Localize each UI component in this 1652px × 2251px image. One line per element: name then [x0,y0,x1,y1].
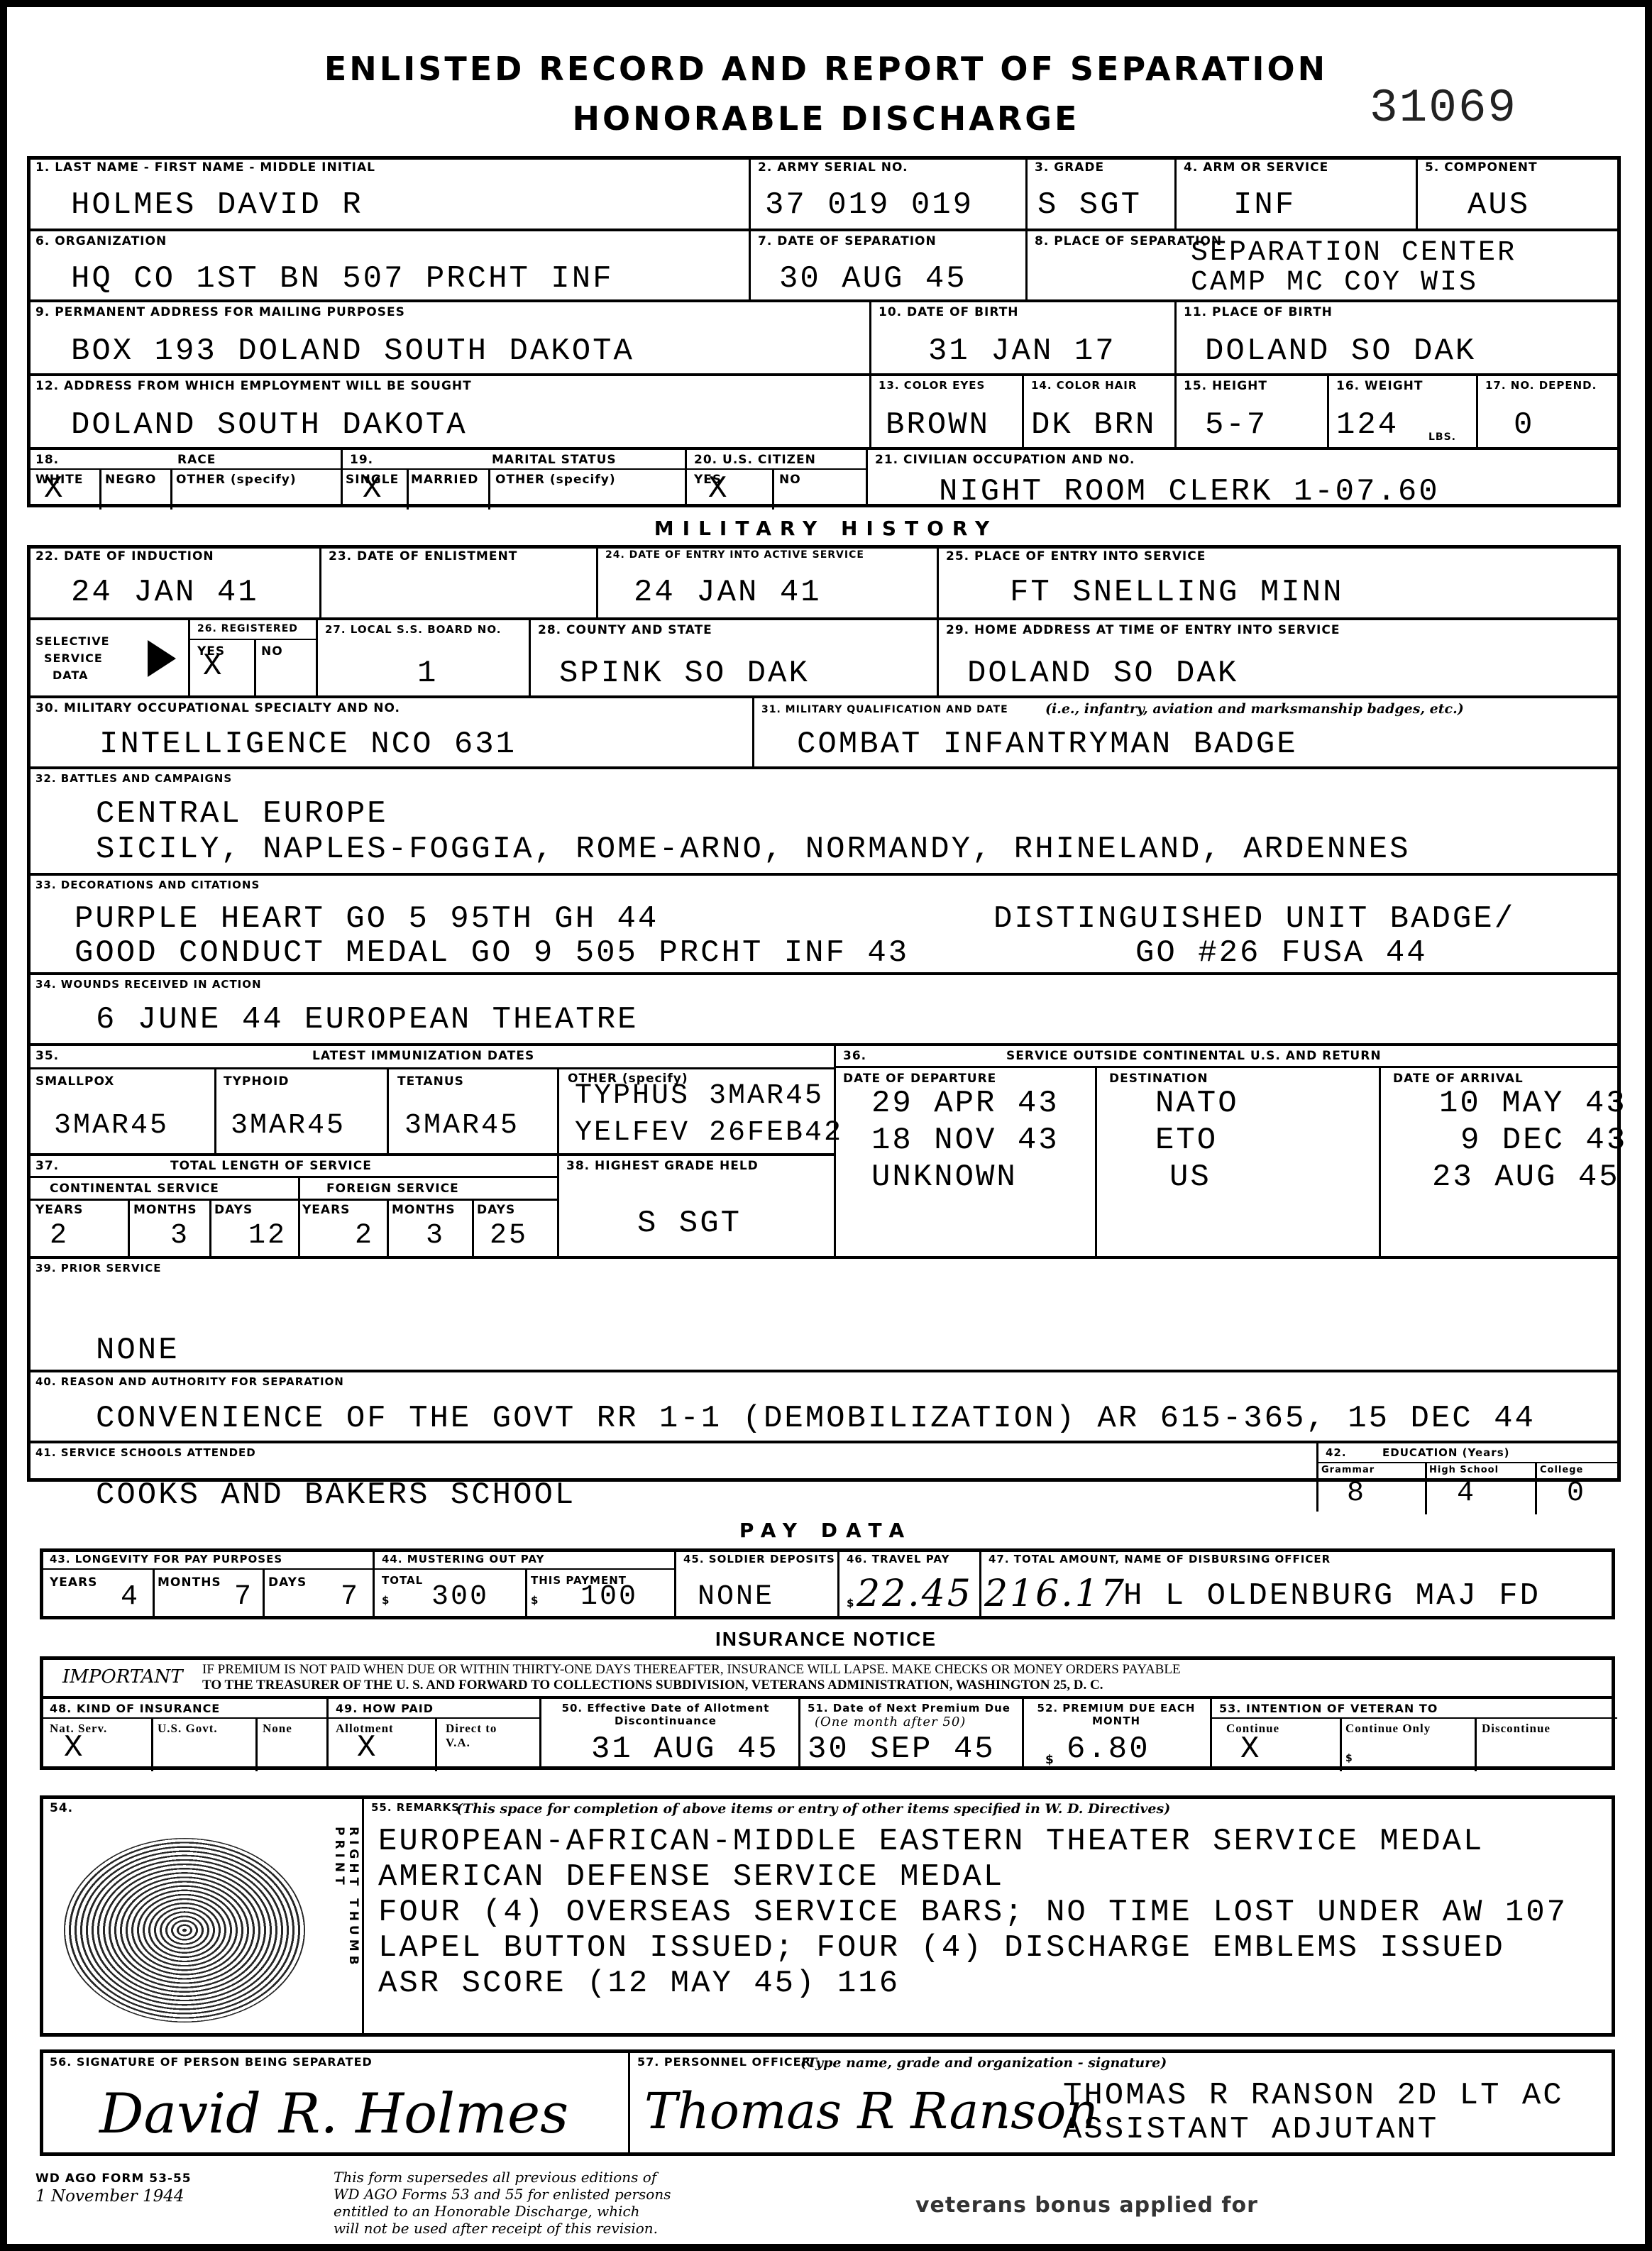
marital-other-option[interactable]: OTHER (specify) [495,473,616,487]
field-27-board-no: 27. LOCAL S.S. BOARD NO. 1 [316,617,529,695]
field-50-allotment-discontinuance: 50. Effective Date of Allotment Disconti… [539,1696,798,1768]
field-2-serial: 2. ARMY SERIAL NO. 37 019 019 [749,158,1025,229]
continental-days: 12 [248,1220,287,1252]
field-14-hair-color: 14. COLOR HAIR DK BRN [1022,373,1174,447]
selective-service-data: SELECTIVE SERVICE DATA [28,617,188,695]
field-22-induction: 22. DATE OF INDUCTION 24 JAN 41 [28,546,319,617]
insurance-none-option[interactable]: None [263,1722,292,1736]
departure-date-3: UNKNOWN [871,1160,1018,1195]
field-21-civilian-occupation: 21. CIVILIAN OCCUPATION AND NO. NIGHT RO… [866,447,1618,507]
education-grammar: 8 [1347,1477,1366,1509]
marital-married-option[interactable]: MARRIED [411,473,478,487]
education-highschool: 4 [1457,1477,1476,1509]
field-15-height: 15. HEIGHT 5-7 [1174,373,1327,447]
field-9-permanent-address: 9. PERMANENT ADDRESS FOR MAILING PURPOSE… [28,299,869,373]
field-36-service-outside: 36. SERVICE OUTSIDE CONTINENTAL U.S. AND… [834,1043,1618,1256]
field-57-personnel-officer: 57. PERSONNEL OFFICER (Type name, grade … [628,2052,1615,2153]
intention-continue-check: X [1240,1732,1259,1767]
arrow-right-icon [148,640,176,677]
mustering-this-payment: 100 [580,1581,638,1613]
field-16-weight: 16. WEIGHT 124 LBS. [1327,373,1476,447]
field-33-decorations: 33. DECORATIONS AND CITATIONS PURPLE HEA… [28,873,1618,972]
race-other-option[interactable]: OTHER (specify) [176,473,297,487]
arrival-date-1: 10 MAY 43 [1439,1086,1627,1121]
pay-data-heading: PAY DATA [7,1519,1645,1542]
field-49-how-paid: 49. HOW PAID Allotment X Direct to V.A. [326,1696,539,1768]
destination-1: NATO [1155,1086,1239,1121]
field-25-place-of-entry: 25. PLACE OF ENTRY INTO SERVICE FT SNELL… [937,546,1618,617]
supersedes-note: This form supersedes all previous editio… [334,2169,671,2237]
personnel-officer-signature: Thomas R Ranson [644,2082,1098,2140]
stamped-number: 31069 [1370,82,1517,135]
field-4-arm: 4. ARM OR SERVICE INF [1174,158,1416,229]
citizen-yes-check: X [708,471,727,507]
field-34-wounds: 34. WOUNDS RECEIVED IN ACTION 6 JUNE 44 … [28,972,1618,1043]
field-51-next-premium-due: 51. Date of Next Premium Due (One month … [798,1696,1022,1768]
race-white-check: X [44,471,62,507]
departure-date-1: 29 APR 43 [871,1086,1059,1121]
departure-date-2: 18 NOV 43 [871,1123,1059,1158]
field-35-immunizations: 35. LATEST IMMUNIZATION DATES SMALLPOX 3… [28,1043,834,1153]
thumb-print-label: RIGHT THUMB PRINT [332,1827,360,2034]
field-11-place-of-birth: 11. PLACE OF BIRTH DOLAND SO DAK [1174,299,1618,373]
field-30-mos: 30. MILITARY OCCUPATIONAL SPECIALTY AND … [28,695,752,766]
continental-years: 2 [50,1220,69,1252]
continental-months: 3 [170,1220,189,1252]
fingerprint-image [64,1838,305,2022]
field-24-active-service: 24. DATE OF ENTRY INTO ACTIVE SERVICE 24… [596,546,937,617]
field-44-mustering-out-pay: 44. MUSTERING OUT PAY TOTAL $ 300 THIS P… [373,1550,674,1618]
longevity-years: 4 [121,1581,140,1613]
field-45-soldier-deposits: 45. SOLDIER DEPOSITS NONE [674,1550,837,1618]
field-5-component: 5. COMPONENT AUS [1416,158,1618,229]
education-college: 0 [1567,1477,1586,1509]
field-19-marital-status: 19. MARITAL STATUS SINGLE X MARRIED OTHE… [341,447,685,507]
arrival-date-2: 9 DEC 43 [1460,1123,1627,1158]
field-46-travel-pay: 46. TRAVEL PAY $ 22.45 [837,1550,979,1618]
field-10-date-of-birth: 10. DATE OF BIRTH 31 JAN 17 [869,299,1174,373]
field-8-place-of-separation: 8. PLACE OF SEPARATION SEPARATION CENTER… [1025,229,1618,299]
field-6-organization: 6. ORGANIZATION HQ CO 1ST BN 507 PRCHT I… [28,229,749,299]
field-28-county-state: 28. COUNTY AND STATE SPINK SO DAK [529,617,937,695]
field-41-service-schools: 41. SERVICE SCHOOLS ATTENDED COOKS AND B… [28,1441,1316,1512]
insurance-natserv-check: X [64,1730,82,1766]
field-26-registered: 26. REGISTERED YES X NO [188,617,316,695]
important-notice: IMPORTANT IF PREMIUM IS NOT PAID WHEN DU… [43,1661,1611,1696]
form-id: WD AGO FORM 53-55 [35,2172,192,2186]
foreign-months: 3 [426,1220,445,1252]
discharge-form: ENLISTED RECORD AND REPORT OF SEPARATION… [0,0,1652,2251]
intention-discontinue-option[interactable]: Discontinue [1482,1722,1551,1736]
field-55-remarks: 55. REMARKS (This space for completion o… [362,1798,1615,2034]
field-23-enlistment: 23. DATE OF ENLISTMENT [319,546,596,617]
field-38-highest-grade: 38. HIGHEST GRADE HELD S SGT [557,1153,834,1256]
field-18-race: 18. RACE WHITE X NEGRO OTHER (specify) [28,447,341,507]
mustering-total: 300 [431,1581,489,1613]
form-date: 1 November 1944 [35,2187,185,2206]
field-20-citizen: 20. U.S. CITIZEN YES X NO [685,447,866,507]
destination-3: US [1169,1160,1211,1195]
arrival-date-3: 23 AUG 45 [1432,1160,1620,1195]
insurance-heading: INSURANCE NOTICE [7,1628,1645,1651]
intention-continue-only-option[interactable]: Continue Only [1345,1722,1431,1736]
field-56-signature: 56. SIGNATURE OF PERSON BEING SEPARATED … [43,2052,628,2153]
destination-2: ETO [1155,1123,1218,1158]
field-1-name: 1. LAST NAME - FIRST NAME - MIDDLE INITI… [28,158,749,229]
separated-person-signature: David R. Holmes [99,2082,568,2146]
field-37-length-of-service: 37. TOTAL LENGTH OF SERVICE CONTINENTAL … [28,1153,557,1256]
field-40-reason-for-separation: 40. REASON AND AUTHORITY FOR SEPARATION … [28,1370,1618,1441]
military-history-heading: MILITARY HISTORY [7,517,1645,540]
foreign-years: 2 [355,1220,374,1252]
marital-single-check: X [363,471,381,507]
field-3-grade: 3. GRADE S SGT [1025,158,1174,229]
paid-direct-option[interactable]: Direct to V.A. [446,1722,517,1750]
field-13-eye-color: 13. COLOR EYES BROWN [869,373,1022,447]
field-31-qualification: 31. MILITARY QUALIFICATION AND DATE (i.e… [752,695,1618,766]
field-47-total-amount: 47. TOTAL AMOUNT, NAME OF DISBURSING OFF… [979,1550,1615,1618]
field-39-prior-service: 39. PRIOR SERVICE NONE [28,1256,1618,1370]
field-7-separation-date: 7. DATE OF SEPARATION 30 AUG 45 [749,229,1025,299]
insurance-usgovt-option[interactable]: U.S. Govt. [158,1722,218,1736]
field-43-longevity: 43. LONGEVITY FOR PAY PURPOSES YEARS 4 M… [43,1550,373,1618]
field-17-dependents: 17. NO. DEPEND. 0 [1476,373,1618,447]
field-52-premium-due: 52. PREMIUM DUE EACH MONTH $ 6.80 [1022,1696,1210,1768]
field-29-home-address: 29. HOME ADDRESS AT TIME OF ENTRY INTO S… [937,617,1618,695]
longevity-days: 7 [341,1581,360,1613]
foreign-days: 25 [490,1220,528,1252]
race-negro-option[interactable]: NEGRO [105,473,156,487]
field-12-employment-address: 12. ADDRESS FROM WHICH EMPLOYMENT WILL B… [28,373,869,447]
bonus-stamp: veterans bonus applied for [915,2193,1258,2218]
paid-allotment-check: X [357,1730,375,1766]
field-32-battles: 32. BATTLES AND CAMPAIGNS CENTRAL EUROPE… [28,766,1618,873]
registered-yes-check: X [203,649,221,684]
name-value: HOLMES DAVID R [71,187,363,223]
field-42-education: 42. EDUCATION (Years) Grammar 8 High Sch… [1316,1441,1618,1512]
field-48-kind-of-insurance: 48. KIND OF INSURANCE Nat. Serv. X U.S. … [43,1696,326,1768]
citizen-no-option[interactable]: NO [779,473,801,487]
longevity-months: 7 [234,1581,253,1613]
registered-no-option[interactable]: NO [261,644,283,659]
field-53-intention: 53. INTENTION OF VETERAN TO Continue X C… [1210,1696,1615,1768]
